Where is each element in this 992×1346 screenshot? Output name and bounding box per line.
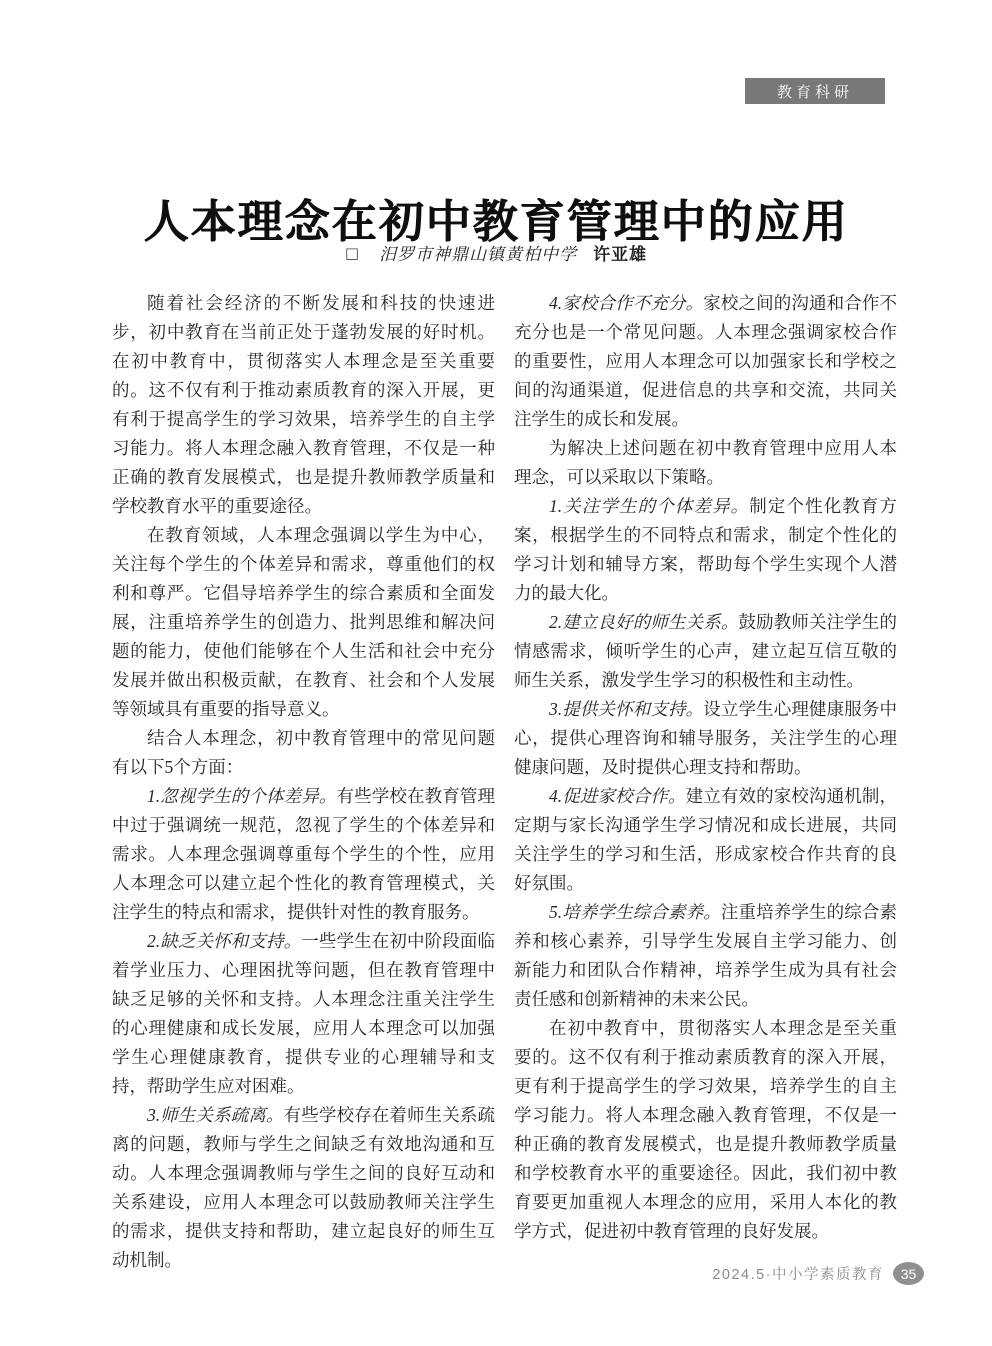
paragraph-lead: 1.关注学生的个体差异。 <box>549 496 749 516</box>
journal-issue-info: 2024.5·中小学素质教育 <box>712 1263 884 1284</box>
document-page: 教育科研 人本理念在初中教育管理中的应用 □ 汨罗市神鼎山镇黄柏中学 许亚雄 随… <box>0 0 992 1346</box>
paragraph-text: 家校之间的沟通和合作不充分也是一个常见问题。人本理念强调家校合作的重要性，应用人… <box>514 293 897 429</box>
paragraph-lead: 2.建立良好的师生关系。 <box>549 612 739 632</box>
paragraph: 2.缺乏关怀和支持。一些学生在初中阶段面临着学业压力、心理困扰等问题，但在教育管… <box>112 927 495 1101</box>
paragraph-text: 结合人本理念，初中教育管理中的常见问题有以下5个方面： <box>112 728 495 777</box>
paragraph-lead: 2.缺乏关怀和支持。 <box>147 931 301 951</box>
paragraph-text: 有些学校存在着师生关系疏离的问题，教师与学生之间缺乏有效地沟通和互动。人本理念强… <box>112 1105 495 1270</box>
paragraph: 结合人本理念，初中教育管理中的常见问题有以下5个方面： <box>112 724 495 782</box>
paragraph: 为解决上述问题在初中教育管理中应用人本理念，可以采取以下策略。 <box>514 434 897 492</box>
paragraph-lead: 5.培养学生综合素养。 <box>549 902 721 922</box>
paragraph: 随着社会经济的不断发展和科技的快速进步，初中教育在当前正处于蓬勃发展的好时机。在… <box>112 289 495 521</box>
paragraph-text: 在教育领域，人本理念强调以学生为中心，关注每个学生的个体差异和需求，尊重他们的权… <box>112 525 495 719</box>
paragraph: 4.家校合作不充分。家校之间的沟通和合作不充分也是一个常见问题。人本理念强调家校… <box>514 289 897 434</box>
left-column: 随着社会经济的不断发展和科技的快速进步，初中教育在当前正处于蓬勃发展的好时机。在… <box>112 289 495 1275</box>
right-column: 4.家校合作不充分。家校之间的沟通和合作不充分也是一个常见问题。人本理念强调家校… <box>514 289 897 1275</box>
paragraph-text: 有些学校在教育管理中过于强调统一规范，忽视了学生的个体差异和需求。人本理念强调尊… <box>112 786 495 922</box>
author-name: 许亚雄 <box>593 240 647 265</box>
paragraph-text: 为解决上述问题在初中教育管理中应用人本理念，可以采取以下策略。 <box>514 438 897 487</box>
paragraph-text: 随着社会经济的不断发展和科技的快速进步，初中教育在当前正处于蓬勃发展的好时机。在… <box>112 293 495 516</box>
paragraph: 1.关注学生的个体差异。制定个性化教育方案，根据学生的不同特点和需求，制定个性化… <box>514 492 897 608</box>
paragraph-lead: 4.家校合作不充分。 <box>549 293 703 313</box>
body-columns: 随着社会经济的不断发展和科技的快速进步，初中教育在当前正处于蓬勃发展的好时机。在… <box>112 289 898 1275</box>
paragraph: 3.师生关系疏离。有些学校存在着师生关系疏离的问题，教师与学生之间缺乏有效地沟通… <box>112 1101 495 1275</box>
category-badge: 教育科研 <box>745 78 885 104</box>
paragraph-text: 在初中教育中，贯彻落实人本理念是至关重要的。这不仅有利于推动素质教育的深入开展，… <box>514 1018 897 1241</box>
paragraph-text: 一些学生在初中阶段面临着学业压力、心理困扰等问题，但在教育管理中缺乏足够的关怀和… <box>112 931 495 1096</box>
page-footer: 2024.5·中小学素质教育 35 <box>712 1262 924 1285</box>
byline-square-marker: □ <box>345 244 359 262</box>
paragraph-lead: 4.促进家校合作。 <box>549 786 686 806</box>
paragraph: 1.忽视学生的个体差异。有些学校在教育管理中过于强调统一规范，忽视了学生的个体差… <box>112 782 495 927</box>
paragraph: 2.建立良好的师生关系。鼓励教师关注学生的情感需求，倾听学生的心声，建立起互信互… <box>514 608 897 695</box>
page-number-badge: 35 <box>893 1262 924 1285</box>
paragraph: 5.培养学生综合素养。注重培养学生的综合素养和核心素养，引导学生发展自主学习能力… <box>514 898 897 1014</box>
paragraph-lead: 3.师生关系疏离。 <box>147 1105 284 1125</box>
author-affiliation: 汨罗市神鼎山镇黄柏中学 <box>379 240 577 265</box>
paragraph: 3.提供关怀和支持。设立学生心理健康服务中心，提供心理咨询和辅导服务，关注学生的… <box>514 695 897 782</box>
paragraph: 4.促进家校合作。建立有效的家校沟通机制，定期与家长沟通学生学习情况和成长进展，… <box>514 782 897 898</box>
paragraph-lead: 1.忽视学生的个体差异。 <box>147 786 337 806</box>
paragraph: 在教育领域，人本理念强调以学生为中心，关注每个学生的个体差异和需求，尊重他们的权… <box>112 521 495 724</box>
paragraph: 在初中教育中，贯彻落实人本理念是至关重要的。这不仅有利于推动素质教育的深入开展，… <box>514 1014 897 1246</box>
byline: □ 汨罗市神鼎山镇黄柏中学 许亚雄 <box>0 240 992 265</box>
paragraph-lead: 3.提供关怀和支持。 <box>549 699 703 719</box>
